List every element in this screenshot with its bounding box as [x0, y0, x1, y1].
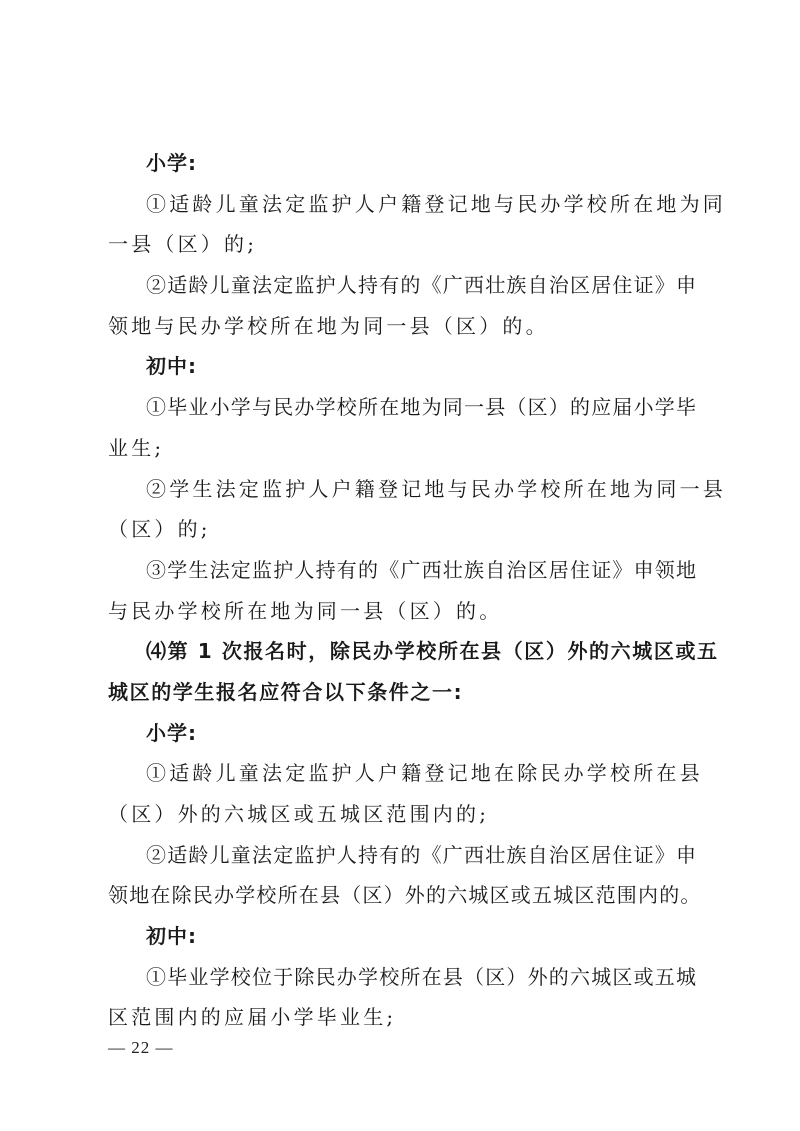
paragraph-line: ③学生法定监护人持有的《广西壮族自治区居住证》申领地 — [108, 550, 702, 591]
section-heading-junior-high: 初中: — [108, 916, 702, 957]
paragraph-line: ①适龄儿童法定监护人户籍登记地与民办学校所在地为同 — [108, 184, 702, 225]
section-heading-primary-school: 小学: — [108, 143, 702, 184]
paragraph-line: ①毕业小学与民办学校所在地为同一县（区）的应届小学毕 — [108, 387, 702, 428]
paragraph-line: ②适龄儿童法定监护人持有的《广西壮族自治区居住证》申 — [108, 265, 702, 306]
paragraph-line: （区）外的六城区或五城区范围内的; — [108, 794, 702, 835]
clause-heading: ⑷第 1 次报名时，除民办学校所在县（区）外的六城区或五 — [108, 631, 702, 672]
paragraph-line: 领地与民办学校所在地为同一县（区）的。 — [108, 306, 702, 347]
paragraph-line: 领地在除民办学校所在县（区）外的六城区或五城区范围内的。 — [108, 875, 702, 916]
paragraph-line: ①适龄儿童法定监护人户籍登记地在除民办学校所在县 — [108, 753, 702, 794]
paragraph-line: 业生; — [108, 428, 702, 469]
section-heading-junior-high: 初中: — [108, 346, 702, 387]
clause-heading: 城区的学生报名应符合以下条件之一: — [108, 672, 702, 713]
paragraph-line: 一县（区）的; — [108, 224, 702, 265]
section-heading-primary-school: 小学: — [108, 713, 702, 754]
paragraph-line: ②适龄儿童法定监护人持有的《广西壮族自治区居住证》申 — [108, 835, 702, 876]
paragraph-line: （区）的; — [108, 509, 702, 550]
page-number: — 22 — — [108, 1038, 174, 1058]
paragraph-line: 区范围内的应届小学毕业生; — [108, 997, 702, 1038]
paragraph-line: ①毕业学校位于除民办学校所在县（区）外的六城区或五城 — [108, 957, 702, 998]
paragraph-line: 与民办学校所在地为同一县（区）的。 — [108, 591, 702, 632]
document-page: 小学: ①适龄儿童法定监护人户籍登记地与民办学校所在地为同 一县（区）的; ②适… — [108, 143, 702, 1038]
paragraph-line: ②学生法定监护人户籍登记地与民办学校所在地为同一县 — [108, 469, 702, 510]
